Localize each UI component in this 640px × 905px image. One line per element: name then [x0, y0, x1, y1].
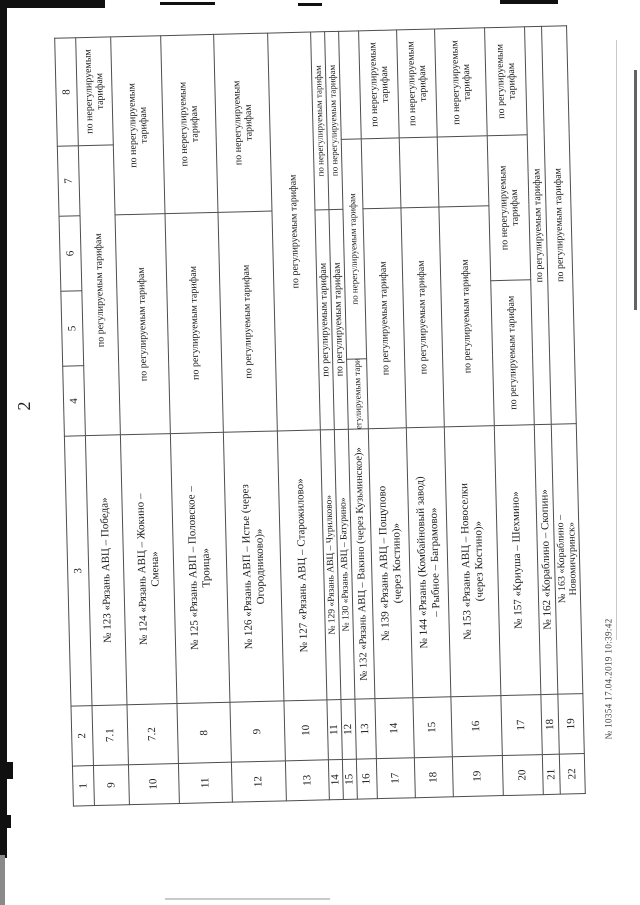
tariff-regulated-cell: по регулируемым тарифам: [491, 280, 535, 426]
tariff-nonregulated-cell: по нерегулируемым тарифам: [111, 36, 165, 215]
scan-bottom-line: [165, 898, 330, 900]
route-order-cell: 11: [327, 700, 342, 760]
empty-cell: [339, 31, 362, 139]
page-number: 2: [14, 390, 34, 422]
row-number-cell: 18: [414, 757, 453, 798]
column-header: 4: [63, 366, 86, 436]
scan-edge-top-4: [500, 0, 558, 4]
tariff-nonregulated-cell: по нерегулируемым тарифам: [214, 33, 272, 212]
route-name-cell: № 125 «Рязань АВП – Половское – Троица»: [170, 432, 230, 703]
row-number-cell: 10: [128, 763, 179, 804]
column-header: 7: [57, 146, 80, 216]
row-number-cell: 17: [376, 758, 415, 799]
route-name-cell: № 144 «Рязань (Комбайновый завод) – Рыбн…: [406, 427, 451, 698]
rotated-table-container: 12345678 97.1№ 123 «Рязань АВЦ – Победа»…: [54, 26, 580, 806]
tariff-regulated-cell: по регулируемым тарифам: [485, 27, 528, 136]
tariff-regulated-cell: по регулируемым тарифам: [401, 207, 444, 428]
route-name-cell: № 163 «Кораблино – Новомичуринск»: [551, 424, 583, 695]
tariff-regulated-cell: по регулируемым тарифам: [218, 211, 277, 432]
route-order-cell: 15: [413, 697, 452, 758]
route-order-cell: 8: [177, 702, 231, 763]
tariff-nonregulated-cell: по нерегулируемым тарифам: [161, 34, 218, 213]
row-number-cell: 22: [559, 754, 585, 795]
tariff-nonregulated-cell: по нерегулируемым тарифам: [435, 28, 488, 137]
route-order-cell: 14: [375, 698, 414, 759]
empty-cell: [361, 138, 401, 209]
tariff-nonregulated-cell: по нерегулируемым тарифам: [397, 29, 438, 138]
route-order-cell: 17: [501, 695, 542, 756]
empty-cell: [437, 136, 489, 207]
column-header: 1: [72, 766, 94, 807]
route-order-cell: 9: [230, 701, 285, 762]
column-header: 2: [71, 706, 93, 766]
tariff-regulated-cell: по регулируемым тарифам: [439, 206, 494, 427]
route-order-cell: 7.2: [127, 704, 178, 765]
column-header: 6: [59, 216, 82, 291]
tariff-regulated-cell: по регулируемым тарифам: [347, 359, 369, 429]
column-header: 5: [61, 291, 84, 366]
tariff-regulated-cell: по регулируемым тарифам: [165, 212, 223, 433]
scanned-document-page: { "document": { "page_number": "2", "sta…: [0, 0, 640, 905]
route-order-cell: 19: [558, 694, 584, 755]
row-number-cell: 15: [342, 759, 357, 799]
routes-tariff-table: 12345678 97.1№ 123 «Рязань АВЦ – Победа»…: [54, 25, 586, 806]
route-order-cell: 18: [541, 694, 559, 754]
row-number-cell: 13: [285, 760, 329, 801]
empty-cell: [399, 137, 439, 208]
route-name-cell: № 126 «Рязань АВП – Истье (через Огородн…: [223, 431, 284, 702]
route-name-cell: № 139 «Рязань АВЦ – Пощупово (через Кост…: [368, 428, 413, 699]
tariff-nonregulated-cell: по нерегулируемым тарифам: [76, 37, 114, 146]
route-name-cell: № 127 «Рязань АВЦ – Старожилово»: [277, 430, 327, 701]
route-name-cell: № 153 «Рязань АВЦ – Новоселки (через Кос…: [444, 426, 501, 697]
scan-edge-right: [634, 70, 637, 310]
row-number-cell: 9: [93, 765, 129, 806]
row-number-cell: 16: [356, 759, 377, 799]
route-name-cell: № 124 «Рязань АВЦ – Жокино – Смена»: [120, 434, 177, 705]
route-order-cell: 7.1: [92, 705, 128, 766]
tariff-nonregulated-cell: по нерегулируемым тарифам: [359, 30, 400, 139]
scan-blob-2: [0, 815, 11, 828]
route-name-cell: № 157 «Криуша – Шехмино»: [494, 425, 541, 696]
scan-edge-left-tail: [0, 855, 5, 905]
scan-crease-line: [616, 40, 617, 640]
scan-edge-top-3: [298, 3, 322, 6]
column-header: 8: [55, 38, 79, 146]
scan-edge-left: [0, 0, 7, 858]
route-order-cell: 12: [341, 699, 356, 759]
tariff-nonregulated-cell: по нерегулируемым тарифам: [487, 135, 531, 281]
route-order-cell: 16: [451, 696, 502, 757]
row-number-cell: 20: [502, 755, 543, 796]
route-order-cell: 13: [355, 699, 376, 759]
row-number-cell: 14: [328, 759, 343, 799]
tariff-regulated-cell: по регулируемым тарифам: [115, 214, 170, 435]
tariff-regulated-cell: по регулируемым тарифам: [363, 208, 406, 429]
row-number-cell: 19: [452, 756, 503, 797]
row-number-cell: 11: [178, 762, 232, 803]
route-order-cell: 10: [284, 700, 328, 761]
scan-edge-top-2: [160, 2, 215, 5]
registration-stamp-text: № 10354 17.04.2019 10:39:42: [604, 585, 620, 740]
row-number-cell: 21: [542, 754, 560, 794]
scan-blob-1: [0, 762, 13, 779]
scan-edge-top-1: [0, 0, 105, 8]
row-number-cell: 12: [231, 761, 286, 802]
